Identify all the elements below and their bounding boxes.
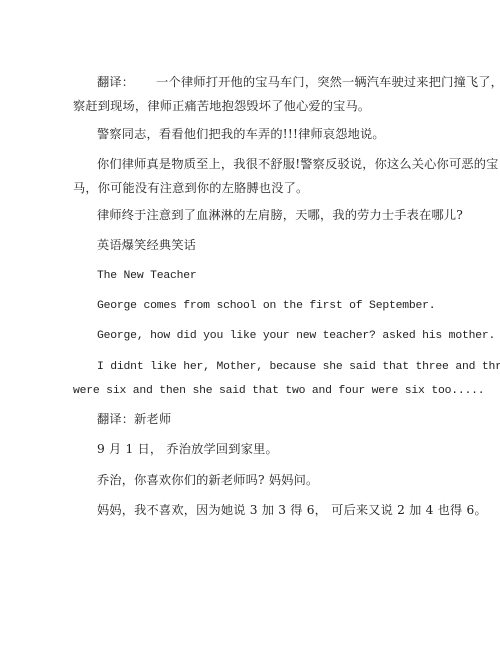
text-line: 9 月 1 日， 乔治放学回到家里。 bbox=[73, 437, 423, 461]
section-heading-english-jokes: 英语爆笑经典笑话 bbox=[73, 233, 423, 257]
paragraph-translation-lawyer: 翻译：一个律师打开他的宝马车门，突然一辆汽车驶过来把门撞飞了，警 察赶到现场，律… bbox=[73, 70, 423, 118]
text-line: The New Teacher bbox=[73, 264, 423, 288]
paragraph-lawyer-complains: 警察同志，看看他们把我的车弄的!!!律师哀怨地说。 bbox=[73, 122, 423, 146]
text-line: 警察同志，看看他们把我的车弄的!!!律师哀怨地说。 bbox=[73, 122, 423, 146]
text-line: 马，你可能没有注意到你的左胳膊也没了。 bbox=[73, 176, 423, 200]
text-line: 察赶到现场，律师正痛苦地抱怨毁坏了他心爱的宝马。 bbox=[73, 94, 423, 118]
translation-title: 翻译：新老师 bbox=[73, 407, 423, 431]
paragraph-george-comes: George comes from school on the first of… bbox=[73, 294, 423, 318]
document-page: 翻译：一个律师打开他的宝马车门，突然一辆汽车驶过来把门撞飞了，警 察赶到现场，律… bbox=[0, 0, 500, 647]
paragraph-zh-george-answers: 妈妈，我不喜欢，因为她说 3 加 3 得 6， 可后来又说 2 加 4 也得 6… bbox=[73, 498, 423, 522]
text-line: I didnt like her, Mother, because she sa… bbox=[73, 355, 423, 379]
joke-title: The New Teacher bbox=[73, 264, 423, 288]
text-line: 英语爆笑经典笑话 bbox=[73, 233, 423, 257]
text-line: George comes from school on the first of… bbox=[73, 294, 423, 318]
text-line: 妈妈，我不喜欢，因为她说 3 加 3 得 6， 可后来又说 2 加 4 也得 6… bbox=[73, 498, 423, 522]
translation-label: 翻译： bbox=[97, 75, 134, 89]
paragraph-rolex: 律师终于注意到了血淋淋的左肩膀，天哪，我的劳力士手表在哪儿? bbox=[73, 203, 423, 227]
paragraph-zh-date: 9 月 1 日， 乔治放学回到家里。 bbox=[73, 437, 423, 461]
text-line: 律师终于注意到了血淋淋的左肩膀，天哪，我的劳力士手表在哪儿? bbox=[73, 203, 423, 227]
text-line: were six and then she said that two and … bbox=[73, 379, 423, 403]
text-line: 一个律师打开他的宝马车门，突然一辆汽车驶过来把门撞飞了，警 bbox=[156, 75, 500, 89]
text-line: George, how did you like your new teache… bbox=[73, 324, 423, 348]
paragraph-mother-asks: George, how did you like your new teache… bbox=[73, 324, 423, 348]
text-line: 乔治，你喜欢你们的新老师吗? 妈妈问。 bbox=[73, 468, 423, 492]
paragraph-zh-mother-asks: 乔治，你喜欢你们的新老师吗? 妈妈问。 bbox=[73, 468, 423, 492]
paragraph-george-answers: I didnt like her, Mother, because she sa… bbox=[73, 355, 423, 403]
text-line: 翻译：新老师 bbox=[73, 407, 423, 431]
paragraph-police-reply: 你们律师真是物质至上，我很不舒服!警察反驳说，你这么关心你可恶的宝 马，你可能没… bbox=[73, 152, 423, 200]
text-line: 你们律师真是物质至上，我很不舒服!警察反驳说，你这么关心你可恶的宝 bbox=[73, 152, 423, 176]
